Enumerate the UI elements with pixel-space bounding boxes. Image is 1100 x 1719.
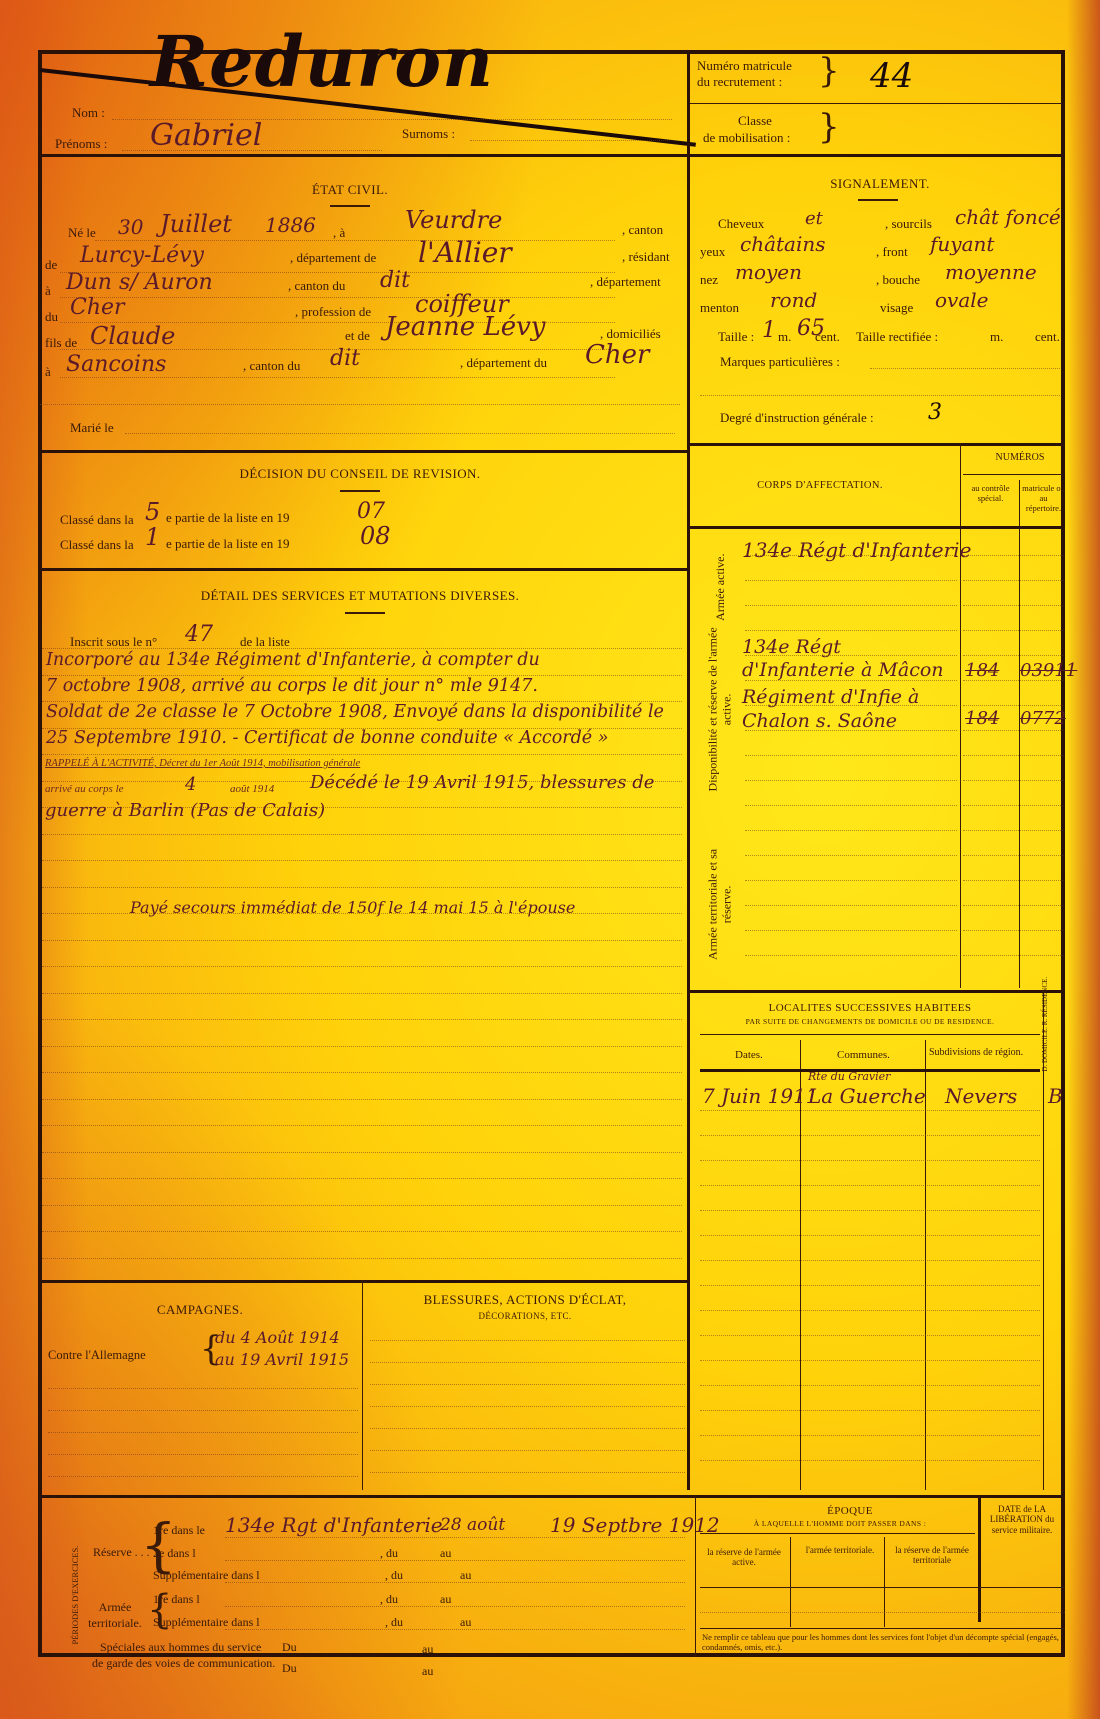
corps-ruled-line [745,955,957,956]
localite-ruled-line [700,1260,1040,1261]
service-ruled-line [42,1125,682,1126]
territoriale-label: Armée territoriale. [85,1600,145,1631]
corps-ruled-line [963,655,1063,656]
numeros-title: NUMÉROS [980,452,1060,464]
nez-label: nez [700,272,718,288]
etat-line-6 [60,377,615,378]
localite-ruled-line [700,1160,1040,1161]
menton-label: menton [700,300,739,316]
epoque-col2-label: l'armée territoriale. [800,1545,880,1555]
degre-value: 3 [928,400,942,425]
profession-label: , profession de [295,304,371,320]
marie-line [125,433,675,434]
departement-value: l'Allier [418,236,512,269]
departement2-value: Cher [70,295,125,320]
matricule-value: 44 [870,56,913,96]
sourcils-label: , sourcils [885,216,932,232]
localites-side-label: D. DOMICILE. R. RÉSIDENCE. [1041,969,1049,1079]
classe-label-1: Classe [738,113,772,129]
periode-au-label: au [440,1546,451,1561]
speciales-du-2: Du [282,1661,297,1676]
mother-value: Jeanne Lévy [385,312,545,342]
localite-ruled-line [700,1110,1040,1111]
corps-col-divider-1 [960,443,961,988]
service-ruled-line [42,675,682,676]
corps-ruled-line [963,855,1063,856]
classe-row-2-year: 08 [360,522,391,550]
corps-ruled-line [963,680,1063,681]
corps-ruled-line [745,930,957,931]
periode-label: 2e dans l [153,1546,196,1561]
campagne-ruled-line [48,1454,358,1455]
conseil-title: DÉCISION DU CONSEIL DE REVISION. [215,466,505,482]
arrive-rest: août 1914 [230,783,274,795]
cent2-label: cent. [1035,329,1060,345]
corps-ruled-line [745,555,957,556]
canton-value: Lurcy-Lévy [80,243,204,268]
canton3-label: , canton du [243,358,300,374]
arrive-day: 4 [185,774,196,795]
epoque-col-3 [978,1497,981,1622]
etat-civil-title: ÉTAT CIVIL. [300,182,400,198]
service-ruled-line [42,754,682,755]
bouche-label: , bouche [876,272,920,288]
localite-ruled-line [700,1460,1040,1461]
marques-line-2 [700,395,1060,396]
service-line: Incorporé au 134e Régiment d'Infanterie,… [46,650,540,670]
canton2-label: , canton du [288,278,345,294]
corps-ruled-line [745,855,957,856]
etat-line-3 [60,297,615,298]
nez-value: moyen [735,260,802,284]
corps-title: CORPS D'AFFECTATION. [740,480,900,491]
taille-label: Taille : [718,329,754,345]
service-ruled-line [42,1099,682,1100]
father-value: Claude [90,322,175,350]
residence-value: Dun s/ Auron [66,270,213,295]
service-ruled-line [42,887,682,888]
services-bottom-rule [38,1280,690,1283]
degre-label: Degré d'instruction générale : [720,410,874,426]
corps-entry-2-matricule: 03911 [1020,660,1077,681]
front-label: , front [876,244,908,260]
blessure-ruled-line [370,1450,685,1451]
service-ruled-line [42,701,682,702]
localite-subdivision: Nevers [945,1084,1017,1108]
corps-header-rule [690,526,1065,529]
periode-ruled-line [225,1582,685,1583]
localites-title-rule [700,1034,1040,1035]
conseil-bottom-rule [38,568,690,571]
localite-ruled-line [700,1410,1040,1411]
service-line: 25 Septembre 1910. - Certificat de bonne… [46,728,608,748]
corps-ruled-line [963,905,1063,906]
corps-ruled-line [745,780,957,781]
canton-label: , canton [622,222,663,238]
corps-ruled-line [745,705,957,706]
col-controle: au contrôle spécial. [963,484,1018,504]
signalement-title: SIGNALEMENT. [820,176,940,192]
matricule-label-1: Numéro matricule [697,58,792,74]
yeux-value: châtains [740,232,826,256]
corps-ruled-line [745,730,957,731]
corps-ruled-line [963,955,1063,956]
corps-entry-3: Régiment d'Infie à Chalon s. Saône [742,686,957,734]
localite-commune-note: Rte du Gravier [808,1070,890,1083]
a2-label: à [45,283,51,299]
epoque-divider [695,1495,696,1657]
campagne-ruled-line [48,1388,358,1389]
classe-row-2-suffix: e partie de la liste en 19 [166,536,289,552]
localite-ruled-line [700,1360,1040,1361]
classe-row-2-partie: 1 [145,523,160,551]
header-bottom-rule [38,154,1065,157]
epoque-note-rule [700,1628,1065,1629]
cheveux-value: et [805,208,823,229]
epoque-col-1 [790,1537,791,1627]
etat-civil-bottom-rule [38,450,690,453]
campagne-to: au 19 Avril 1915 [215,1350,349,1369]
corps-ruled-line [963,930,1063,931]
blessure-ruled-line [370,1340,685,1341]
corps-ruled-line [963,880,1063,881]
conseil-rule [340,490,380,492]
service-ruled-line [42,1072,682,1073]
col-subdivisions: Subdivisions de région. [929,1047,1023,1058]
classe-row-2-label: Classé dans la [60,537,134,553]
service-ruled-line [42,993,682,994]
periode-du-label: , du [380,1546,398,1561]
matricule-label-2: du recrutement : [697,74,782,90]
service-line: Soldat de 2e classe le 7 Octobre 1908, E… [46,702,664,722]
campagne-from: du 4 Août 1914 [215,1328,340,1347]
services-title: DÉTAIL DES SERVICES ET MUTATIONS DIVERSE… [160,588,560,604]
departement3-value: Cher [585,340,649,370]
service-ruled-line [42,728,682,729]
corps-entry-2: 134e Régt d'Infanterie à Mâcon [742,636,957,682]
service-ruled-line [42,1152,682,1153]
periode-ruled-line [225,1560,685,1561]
localite-ruled-line [700,1210,1040,1211]
corps-ruled-line [963,805,1063,806]
corps-ruled-line [963,830,1063,831]
surnoms-label: Surnoms : [402,126,455,142]
classe-row-1-year: 07 [357,499,385,524]
service-ruled-line [42,966,682,967]
periode-ruled-line [225,1537,685,1538]
corps-ruled-line [745,830,957,831]
periode-label: Supplémentaire dans l [153,1615,260,1630]
m-label: m. [778,329,791,345]
corps-entry-1: 134e Régt d'Infanterie [742,538,971,562]
service-ruled-line [42,648,682,649]
campagne-ruled-line [48,1476,358,1477]
epoque-col3-label: la réserve de l'armée territoriale [888,1545,976,1566]
bouche-value: moyenne [945,260,1037,284]
periode-au-label: au [440,1592,451,1607]
periodes-side-label: PÉRIODES D'EXERCICES. [70,1530,80,1660]
departement-label: , département de [290,250,376,266]
corps-ruled-line [963,730,1063,731]
localite-ruled-line [700,1435,1040,1436]
service-ruled-line [42,1231,682,1232]
birth-place: Veurdre [405,206,502,234]
col-matricule: matricule ou au répertoire. [1021,484,1066,513]
section-territoriale: Armée territoriale et sa réserve. [706,834,735,974]
periode-au-label: au [460,1568,471,1583]
service-ruled-line [42,940,682,941]
service-ruled-line [42,1019,682,1020]
classe-row-1-partie: 5 [145,498,160,526]
campagnes-title: CAMPAGNES. [130,1302,270,1318]
taille-rectifiee-label: Taille rectifiée : [856,329,938,345]
speciales-label-2: de garde des voies de communication. [92,1656,275,1671]
birth-day: 30 [118,215,143,239]
sourcils-value: chât foncé [955,205,1061,229]
canton2-value: dit [380,268,410,293]
prenoms-value: Gabriel [150,118,262,153]
secours-note: Payé secours immédiat de 150f le 14 mai … [130,898,575,917]
corps-ruled-line [745,805,957,806]
cheveux-label: Cheveux [718,216,764,232]
service-line: 7 octobre 1908, arrivé au corps le dit j… [46,676,538,696]
localite-ruled-line [700,1285,1040,1286]
localite-commune: La Guerche [808,1084,926,1108]
localite-ruled-line [700,1310,1040,1311]
etat-line-7 [40,404,680,405]
periode-ruled-line [225,1629,685,1630]
corps-ruled-line [963,605,1063,606]
speciales-au-1: au [422,1642,433,1657]
epoque-col1-label: la réserve de l'armée active. [704,1547,784,1568]
date-liberation-label: DATE de LA LIBÉRATION du service militai… [982,1504,1062,1535]
periode-du-label: , du [380,1592,398,1607]
localite-flag: B [1048,1084,1063,1108]
nom-label: Nom : [72,105,105,121]
localite-ruled-line [700,1185,1040,1186]
corps-entry-3-matricule: 0772 [1020,708,1066,729]
speciales-label-1: Spéciales aux hommes du service [100,1640,261,1655]
matricule-rule [690,103,1062,104]
etat-line-1 [95,240,615,241]
service-ruled-line [42,860,682,861]
arrive-label: arrivé au corps le [45,783,124,795]
corps-ruled-line [745,605,957,606]
epoque-note: Ne remplir ce tableau que pour les homme… [702,1633,1062,1653]
corps-entry-3-controle: 184 [965,708,999,729]
periode-du-label: , du [385,1568,403,1583]
campagne-ruled-line [48,1432,358,1433]
epoque-title: ÉPOQUE [790,1505,910,1517]
visage-label: visage [880,300,913,316]
taille-m-value: 1 [762,318,776,343]
blessure-ruled-line [370,1406,685,1407]
periode-value: 134e Rgt d'Infanterie [225,1513,443,1537]
service-ruled-line [42,807,682,808]
periode-du-value: 28 août [440,1515,505,1535]
matricule-brace: } [818,54,840,88]
deces-line-2: guerre à Barlin (Pas de Calais) [45,800,325,821]
signalement-rule [858,199,898,201]
departement2-label: , département [590,274,661,290]
parents-residence-value: Sancoins [66,352,166,377]
localite-ruled-line [700,1135,1040,1136]
col-dates: Dates. [735,1049,763,1061]
services-rule [345,612,385,614]
blessures-title: BLESSURES, ACTIONS D'ÉCLAT, [400,1292,650,1308]
classe-label-2: de mobilisation : [703,130,790,146]
corps-ruled-line [745,905,957,906]
corps-ruled-line [963,630,1063,631]
epoque-title-rule [700,1533,975,1534]
etat-civil-rule [330,205,370,207]
localites-title: LOCALITES SUCCESSIVES HABITEES [720,1002,1020,1014]
blessure-ruled-line [370,1428,685,1429]
corps-ruled-line [963,755,1063,756]
localite-date: 7 Juin 1911 [702,1084,819,1108]
canton3-value: dit [330,346,360,371]
a3-label: à [45,364,51,380]
campagne-entry-label: Contre l'Allemagne [48,1348,146,1363]
marques-line [870,368,1060,369]
birth-year: 1886 [265,213,316,237]
birth-month: Juillet [160,210,232,238]
periode-ruled-line [225,1606,685,1607]
a-label: , à [333,225,345,241]
corps-col-divider-2 [1019,480,1020,988]
corps-ruled-line [745,630,957,631]
classe-brace: } [818,110,840,144]
campagne-ruled-line [48,1410,358,1411]
deces-line: Décédé le 19 Avril 1915, blessures de [310,772,654,793]
yeux-label: yeux [700,244,725,260]
periode-du-label: , du [385,1615,403,1630]
epoque-row-rule [700,1612,1065,1613]
header-divider [687,50,690,1490]
surnoms-line [470,140,670,141]
classe-row-1-suffix: e partie de la liste en 19 [166,510,289,526]
departement3-label: , département du [460,355,547,371]
epoque-col-2 [884,1537,885,1627]
section-disponibilite: Disponibilité et réserve de l'armée acti… [706,614,735,804]
periode-label: 1re dans le [153,1523,205,1538]
blessure-ruled-line [370,1472,685,1473]
m2-label: m. [990,329,1003,345]
signalement-bottom-rule [690,443,1065,446]
periode-label: Supplémentaire dans l [153,1568,260,1583]
campagnes-divider [362,1280,363,1490]
campagnes-bottom-rule [38,1495,1065,1498]
et-de-label: et de [345,328,370,344]
blessure-ruled-line [370,1362,685,1363]
corps-ruled-line [745,655,957,656]
marie-label: Marié le [70,420,114,436]
service-ruled-line [42,1205,682,1206]
localite-ruled-line [700,1335,1040,1336]
ne-le-label: Né le [68,225,96,241]
corps-ruled-line [745,680,957,681]
inscrit-value: 47 [185,622,213,647]
cent-label: cent. [815,329,840,345]
speciales-au-2: au [422,1664,433,1679]
corps-ruled-line [745,880,957,881]
epoque-subtitle: À LAQUELLE L'HOMME DOIT PASSER DANS : [705,1519,975,1528]
service-ruled-line [42,1178,682,1179]
localite-ruled-line [700,1385,1040,1386]
corps-entry-2-controle: 184 [965,660,999,681]
service-ruled-line [42,781,682,782]
front-value: fuyant [930,232,994,256]
col-communes: Communes. [837,1049,890,1061]
residant-label: , résidant [622,249,670,265]
surname-value: Reduron [150,20,494,103]
service-ruled-line [42,913,682,914]
corps-ruled-line [963,780,1063,781]
menton-value: rond [770,288,817,312]
corps-ruled-line [963,705,1063,706]
blessure-ruled-line [370,1384,685,1385]
epoque-header-rule [700,1587,1065,1588]
blessures-subtitle: DÉCORATIONS, ETC. [460,1311,590,1321]
corps-ruled-line [745,580,957,581]
speciales-du-1: Du [282,1640,297,1655]
visage-value: ovale [935,288,989,312]
localites-subtitle: PAR SUITE DE CHANGEMENTS DE DOMICILE OU … [700,1017,1040,1026]
localite-ruled-line [700,1235,1040,1236]
periode-au-label: au [460,1615,471,1630]
service-ruled-line [42,834,682,835]
corps-ruled-line [963,555,1063,556]
classe-row-1-label: Classé dans la [60,512,134,528]
corps-ruled-line [963,580,1063,581]
de-label: de [45,257,57,273]
periode-label: 1re dans l [153,1592,200,1607]
numeros-rule [963,474,1063,475]
corps-ruled-line [745,755,957,756]
du-label: du [45,309,58,325]
service-ruled-line [42,1258,682,1259]
marques-label: Marques particulières : [720,354,840,370]
rappel-stamp: RAPPELÉ À L'ACTIVITÉ, Décret du 1er Août… [45,758,360,769]
corps-bottom-rule [690,990,1065,993]
prenoms-label: Prénoms : [55,136,107,152]
service-ruled-line [42,1046,682,1047]
